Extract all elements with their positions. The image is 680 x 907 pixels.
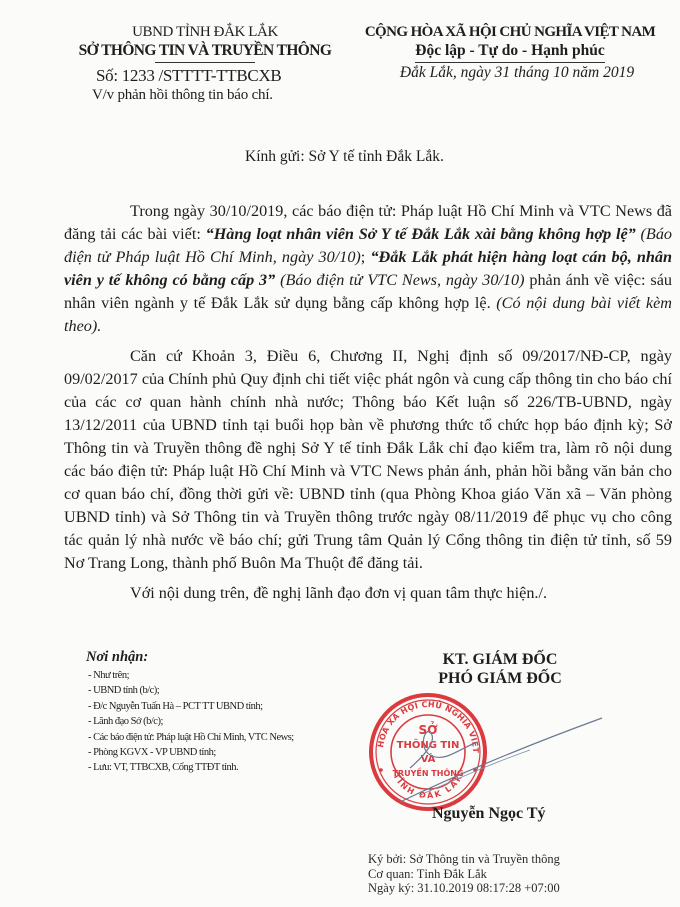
recipient-item: - Đ/c Nguyễn Tuấn Hà – PCT TT UBND tỉnh; [88, 699, 356, 714]
recipient-item: - UBND tỉnh (b/c); [88, 683, 356, 698]
document-subject: V/v phản hồi thông tin báo chí. [92, 87, 273, 104]
signatory-title-line-1: KT. GIÁM ĐỐC [400, 650, 600, 669]
text: ; [361, 248, 371, 266]
authority-name: UBND TỈNH ĐẮK LẮK [70, 24, 340, 41]
paragraph-2: Căn cứ Khoản 3, Điều 6, Chương II, Nghị … [64, 345, 672, 575]
paragraph-3: Với nội dung trên, đề nghị lãnh đạo đơn … [64, 582, 672, 605]
national-motto: Độc lập - Tự do - Hạnh phúc [415, 41, 604, 63]
recipient-item: - Lãnh đạo Sở (b/c); [88, 714, 356, 729]
article-source-2: (Báo điện tử VTC News, ngày 30/10) [275, 271, 524, 289]
handwritten-signature-icon [380, 700, 610, 810]
recipient-item: - Như trên; [88, 668, 356, 683]
issuing-authority-block: UBND TỈNH ĐẮK LẮK SỞ THÔNG TIN VÀ TRUYỀN… [70, 24, 340, 63]
signing-timestamp: Ngày ký: 31.10.2019 08:17:28 +07:00 [368, 881, 560, 896]
signing-agency: Cơ quan: Tỉnh Đắk Lắk [368, 867, 560, 882]
document-number: Số: 1233 /STTTT-TTBCXB [96, 66, 281, 86]
article-title-1: “Hàng loạt nhân viên Sở Y tế Đắk Lắk xài… [206, 225, 636, 243]
recipient-item: - Lưu: VT, TTBCXB, Cổng TTĐT tỉnh. [88, 760, 356, 775]
signatory-title: KT. GIÁM ĐỐC PHÓ GIÁM ĐỐC [400, 650, 600, 688]
digital-signature-info: Ký bởi: Sở Thông tin và Truyền thông Cơ … [368, 852, 560, 896]
signatory-title-line-2: PHÓ GIÁM ĐỐC [400, 669, 600, 688]
paragraph-1: Trong ngày 30/10/2019, các báo điện tử: … [64, 200, 672, 338]
recipient-item: - Phòng KGVX - VP UBND tỉnh; [88, 745, 356, 760]
letter-body: Trong ngày 30/10/2019, các báo điện tử: … [64, 200, 672, 605]
place-and-date: Đắk Lắk, ngày 31 tháng 10 năm 2019 [372, 64, 662, 82]
department-name: SỞ THÔNG TIN VÀ TRUYỀN THÔNG [70, 41, 340, 60]
addressee: Kính gửi: Sở Y tế tỉnh Đắk Lắk. [245, 148, 444, 166]
recipients-block: Nơi nhận: - Như trên; - UBND tỉnh (b/c);… [86, 649, 356, 776]
recipients-list: - Như trên; - UBND tỉnh (b/c); - Đ/c Ngu… [86, 668, 356, 776]
header-divider [155, 62, 255, 63]
signer-name: Nguyễn Ngọc Tý [432, 805, 546, 823]
national-heading-block: CỘNG HÒA XÃ HỘI CHỦ NGHĨA VIỆT NAM Độc l… [355, 24, 665, 63]
signed-by: Ký bởi: Sở Thông tin và Truyền thông [368, 852, 560, 867]
recipient-item: - Các báo điện tử: Pháp luật Hồ Chí Minh… [88, 730, 356, 745]
recipients-title: Nơi nhận: [86, 649, 356, 666]
nation-name: CỘNG HÒA XÃ HỘI CHỦ NGHĨA VIỆT NAM [355, 24, 665, 41]
